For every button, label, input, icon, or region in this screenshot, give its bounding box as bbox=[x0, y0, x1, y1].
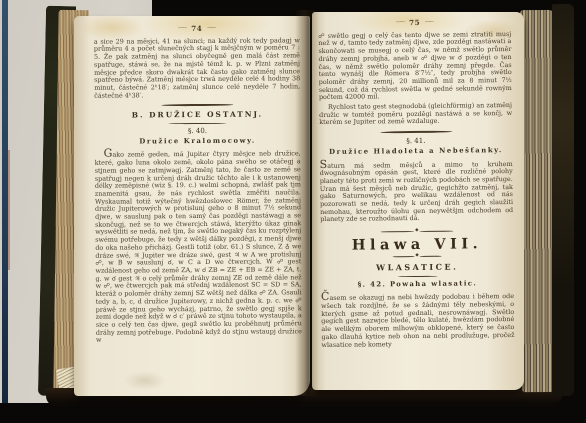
left-page-content: —— 74 —— a sice 29 na měsjci, 41 na slun… bbox=[94, 24, 303, 384]
chapter-subtitle: WLASATICE. bbox=[321, 263, 514, 273]
section-divider-rule bbox=[380, 131, 452, 134]
section-40-number: §. 40. bbox=[94, 127, 300, 136]
right-paragraph-saturn-uranus: Saturn má sedm měsjců a mimo to kruhem d… bbox=[320, 159, 514, 225]
left-page: —— 74 —— a sice 29 na měsjci, 41 na slun… bbox=[74, 16, 310, 396]
right-page-content: —— 75 —— ☍ swětlo gegj o celý čas tento … bbox=[318, 18, 515, 381]
divider-line bbox=[392, 256, 414, 258]
left-page-number: 74 bbox=[191, 25, 202, 33]
left-paragraph-jupiter-moons: Gako země geden, má Jupiter čtyry měsjce… bbox=[95, 149, 302, 345]
header-ornament-icon: —— bbox=[425, 19, 433, 27]
photo-left-edge-accent bbox=[8, 150, 10, 270]
section-b-heading: B. DRUŽICE OSTATNJ. bbox=[94, 111, 300, 120]
header-ornament-icon: —— bbox=[207, 25, 215, 33]
section-40-title: Družice Kralomocowy. bbox=[95, 137, 301, 146]
right-paragraph-uniform-speed: Rychlost tato gest stegnodobá (gleichför… bbox=[319, 102, 512, 127]
header-ornament-icon: —— bbox=[396, 19, 404, 27]
left-paragraph-eclipses: a sice 29 na měsjci, 41 na slunci; na ka… bbox=[94, 37, 300, 100]
section-42-heading: §. 42. Powaha wlasatic. bbox=[321, 280, 514, 290]
chapter-divider: ◆ bbox=[320, 228, 513, 235]
divider-line bbox=[380, 231, 414, 233]
book-cover-right-edge bbox=[552, 4, 574, 396]
subtitle-underline-rule bbox=[397, 275, 437, 276]
chapter-heading: Hlawa VII. bbox=[320, 240, 513, 250]
header-ornament-icon: —— bbox=[178, 25, 186, 33]
divider-line bbox=[420, 230, 454, 232]
right-page-number: 75 bbox=[409, 19, 420, 27]
chapter-sub-divider: ◆ bbox=[321, 253, 514, 260]
section-divider-rule bbox=[161, 104, 233, 107]
right-paragraph-light-speed: ☍ swětlo gegj o celý čas tento djwe se z… bbox=[318, 31, 512, 102]
right-page-header: —— 75 —— bbox=[318, 18, 511, 28]
divider-diamond-icon: ◆ bbox=[415, 229, 419, 234]
book-photo: —— 74 —— a sice 29 na měsjci, 41 na slun… bbox=[0, 0, 586, 423]
left-page-header: —— 74 —— bbox=[94, 24, 300, 33]
right-page: —— 75 —— ☍ swětlo gegj o celý čas tento … bbox=[312, 12, 524, 390]
heading-underline-rule bbox=[168, 123, 226, 124]
section-41-title: Družice Hladoleta a Nebešťanky. bbox=[319, 147, 512, 157]
book-gutter-shadow bbox=[295, 10, 319, 396]
divider-diamond-icon: ◆ bbox=[415, 254, 419, 259]
divider-line bbox=[420, 256, 442, 258]
right-paragraph-comets: Časem se okazugj na nebi hwězdy podobau … bbox=[321, 291, 515, 349]
